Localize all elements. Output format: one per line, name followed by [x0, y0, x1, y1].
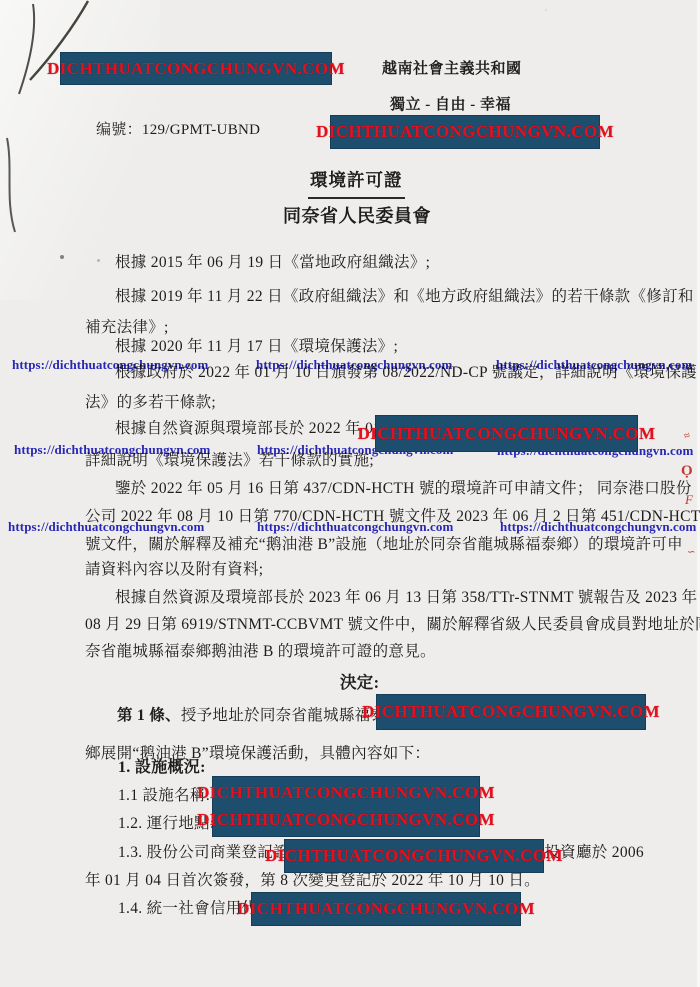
watermark-url: https://dichthuatcongchungvn.com [256, 357, 452, 373]
watermark-banner-text: DICHTHUATCONGCHUNGVN.COM [197, 783, 495, 803]
watermark-banner-text: DICHTHUATCONGCHUNGVN.COM [237, 899, 535, 919]
recital-line: 根據自然資源及環境部長於 2023 年 06 月 13 日第 358/TTr-S… [115, 585, 697, 607]
red-margin-mark: Ọ [681, 463, 693, 480]
watermark-banner-text: DICHTHUATCONGCHUNGVN.COM [316, 122, 614, 142]
pen-scribble-icon [0, 0, 120, 270]
watermark-url: https://dichthuatcongchungvn.com [8, 519, 204, 535]
recital-line: 08 月 29 日第 6919/STNMT-CCBVMT 號文件中，關於解釋省級… [85, 612, 700, 634]
recital-line: 請資料內容以及附有資料; [85, 557, 263, 579]
scanned-document-page: 越南社會主義共和國 獨立 - 自由 - 幸福 编號：129/GPMT-UBND … [0, 0, 700, 987]
watermark-url: https://dichthuatcongchungvn.com [496, 357, 692, 373]
watermark-banner-double: DICHTHUATCONGCHUNGVN.COM DICHTHUATCONGCH… [212, 776, 480, 837]
recital-line: 根據 2020 年 11 月 17 日《環境保護法》; [115, 334, 398, 356]
section-1-3-left: 1.3. 股份公司商業登記證 [118, 840, 289, 862]
recital-line: 法》的多若干條款; [85, 390, 216, 412]
decision-heading: 決定: [340, 669, 379, 693]
recital-line: 根據 2019 年 11 月 22 日《政府組織法》和《地方政府組織法》的若干條… [115, 284, 694, 306]
article-1-line: 第 1 條、授予地址於同奈省龍城縣福泰鄉 [117, 703, 402, 725]
document-title: 環境許可證 [308, 167, 405, 199]
watermark-banner: DICHTHUATCONGCHUNGVN.COM [284, 839, 544, 873]
watermark-banner: DICHTHUATCONGCHUNGVN.COM [60, 52, 332, 85]
issuing-authority: 同奈省人民委員會 [283, 202, 431, 228]
watermark-banner-text: DICHTHUATCONGCHUNGVN.COM [265, 846, 563, 866]
red-margin-mark: ≈ [682, 429, 691, 442]
watermark-banner: DICHTHUATCONGCHUNGVN.COM [330, 115, 600, 149]
recital-line: 根據 2015 年 06 月 19 日《當地政府組織法》; [115, 250, 430, 272]
recital-line: 鑒於 2022 年 05 月 16 日第 437/CDN-HCTH 號的環境許可… [115, 476, 692, 498]
watermark-banner: DICHTHUATCONGCHUNGVN.COM [375, 415, 638, 452]
watermark-banner: DICHTHUATCONGCHUNGVN.COM [376, 694, 646, 730]
scan-speck [545, 9, 547, 11]
article-1-label: 第 1 條、 [117, 707, 181, 724]
watermark-url: https://dichthuatcongchungvn.com [12, 357, 208, 373]
section-1-heading: 1. 設施概況: [118, 754, 206, 777]
red-margin-mark: ∽ [687, 547, 695, 558]
country-title: 越南社會主義共和國 [382, 57, 522, 78]
recital-line: 奈省龍城縣福泰鄉鹅油港 B 的環境許可證的意見。 [85, 639, 436, 661]
watermark-url: https://dichthuatcongchungvn.com [500, 519, 696, 535]
watermark-url: https://dichthuatcongchungvn.com [257, 519, 453, 535]
watermark-banner-text: DICHTHUATCONGCHUNGVN.COM [47, 59, 345, 79]
national-motto: 獨立 - 自由 - 幸福 [390, 93, 511, 114]
watermark-url: https://dichthuatcongchungvn.com [14, 442, 210, 458]
watermark-banner-text: DICHTHUATCONGCHUNGVN.COM [197, 810, 495, 830]
watermark-banner-text: DICHTHUATCONGCHUNGVN.COM [358, 424, 656, 444]
recital-line: 號文件，關於解釋及補充“鹅油港 B”設施（地址於同奈省龍城縣福泰鄉）的環境許可申 [85, 532, 683, 554]
red-margin-mark: F [685, 492, 693, 508]
watermark-banner-text: DICHTHUATCONGCHUNGVN.COM [362, 702, 660, 722]
document-number: 编號：129/GPMT-UBND [96, 118, 260, 139]
watermark-banner: DICHTHUATCONGCHUNGVN.COM [251, 892, 521, 926]
